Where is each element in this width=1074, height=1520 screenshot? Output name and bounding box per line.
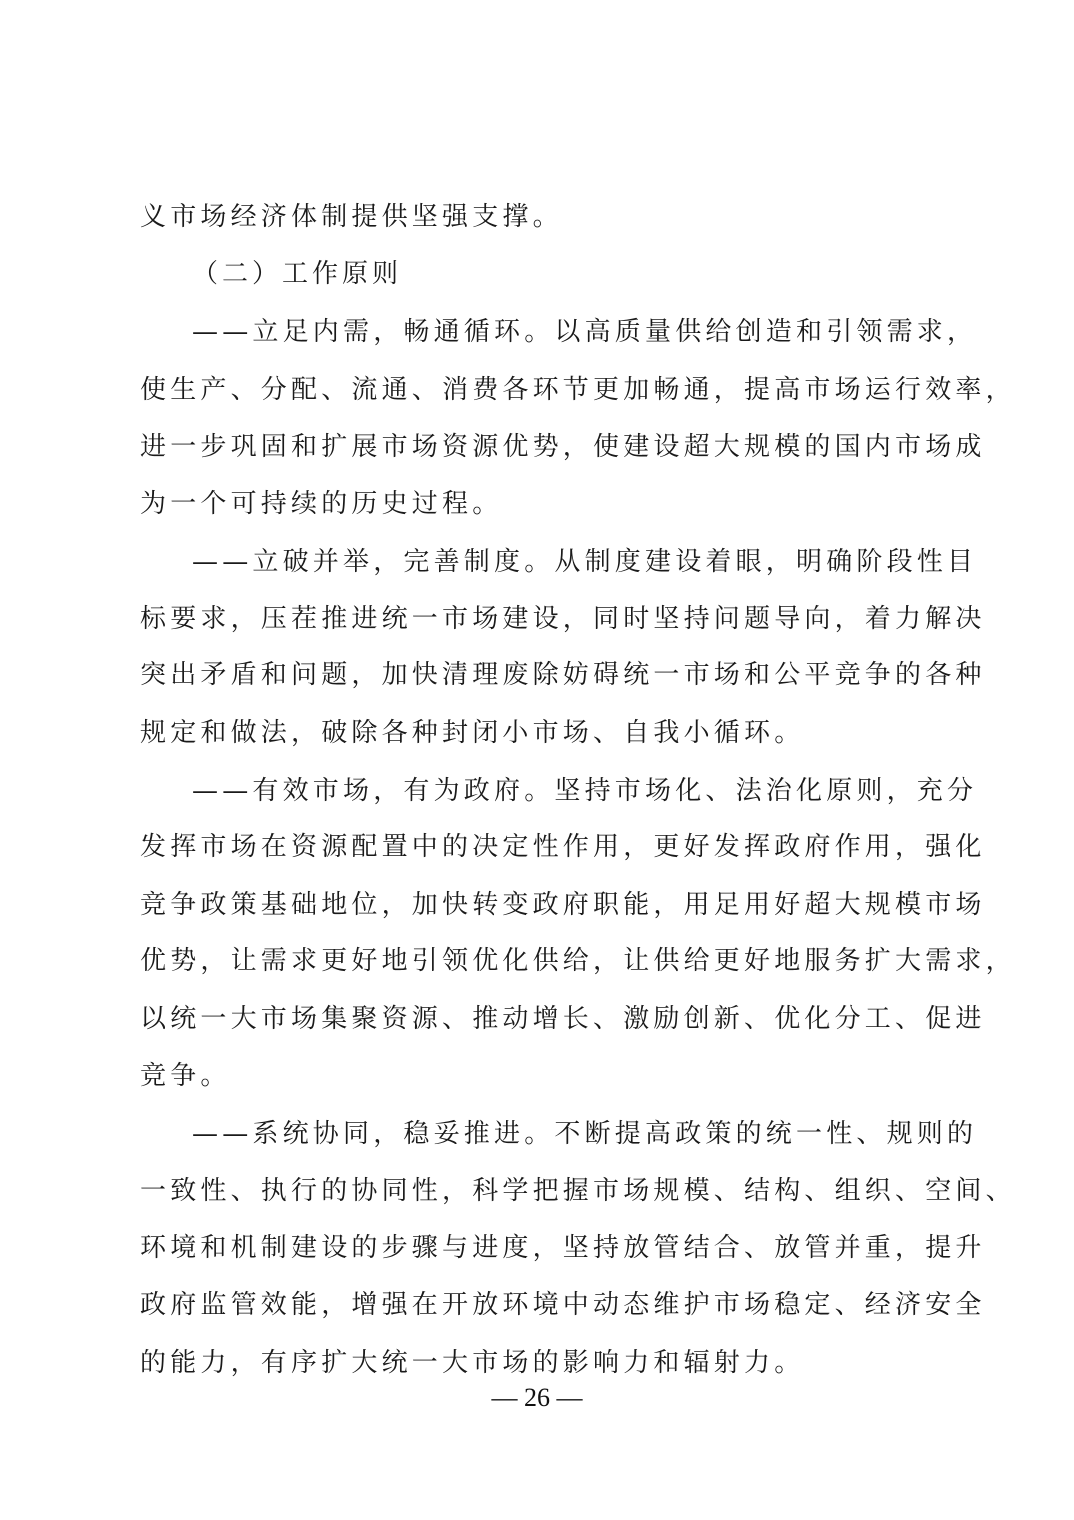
paragraph-line: ——有效市场，有为政府。坚持市场化、法治化原则，充分 [192, 774, 940, 808]
paragraph-line: 一致性、执行的协同性，科学把握市场规模、结构、组织、空间、 [140, 1174, 940, 1208]
paragraph-line: 环境和机制建设的步骤与进度，坚持放管结合、放管并重，提升 [140, 1231, 940, 1265]
document-page: 义市场经济体制提供坚强支撑。 （二）工作原则 ——立足内需，畅通循环。以高质量供… [0, 0, 1074, 1520]
paragraph-line: 为一个可持续的历史过程。 [140, 487, 940, 521]
paragraph-line: 标要求，压茬推进统一市场建设，同时坚持问题导向，着力解决 [140, 602, 940, 636]
page-number: — 26 — [0, 1383, 1074, 1413]
paragraph-line: 规定和做法，破除各种封闭小市场、自我小循环。 [140, 716, 940, 750]
paragraph-line: ——立足内需，畅通循环。以高质量供给创造和引领需求， [192, 315, 940, 349]
paragraph-line: ——立破并举，完善制度。从制度建设着眼，明确阶段性目 [192, 545, 940, 579]
section-heading: （二）工作原则 [192, 257, 940, 291]
paragraph-line: 义市场经济体制提供坚强支撑。 [140, 200, 940, 234]
paragraph-line: 的能力，有序扩大统一大市场的影响力和辐射力。 [140, 1346, 940, 1380]
paragraph-line: 进一步巩固和扩展市场资源优势，使建设超大规模的国内市场成 [140, 430, 940, 464]
paragraph-line: 政府监管效能，增强在开放环境中动态维护市场稳定、经济安全 [140, 1288, 940, 1322]
paragraph-line: 竞争。 [140, 1059, 940, 1093]
paragraph-line: 优势，让需求更好地引领优化供给，让供给更好地服务扩大需求， [140, 944, 940, 978]
paragraph-line: 以统一大市场集聚资源、推动增长、激励创新、优化分工、促进 [140, 1002, 940, 1036]
paragraph-line: 竞争政策基础地位，加快转变政府职能，用足用好超大规模市场 [140, 888, 940, 922]
paragraph-line: ——系统协同，稳妥推进。不断提高政策的统一性、规则的 [192, 1117, 940, 1151]
paragraph-line: 使生产、分配、流通、消费各环节更加畅通，提高市场运行效率， [140, 373, 940, 407]
paragraph-line: 发挥市场在资源配置中的决定性作用，更好发挥政府作用，强化 [140, 830, 940, 864]
paragraph-line: 突出矛盾和问题，加快清理废除妨碍统一市场和公平竞争的各种 [140, 658, 940, 692]
